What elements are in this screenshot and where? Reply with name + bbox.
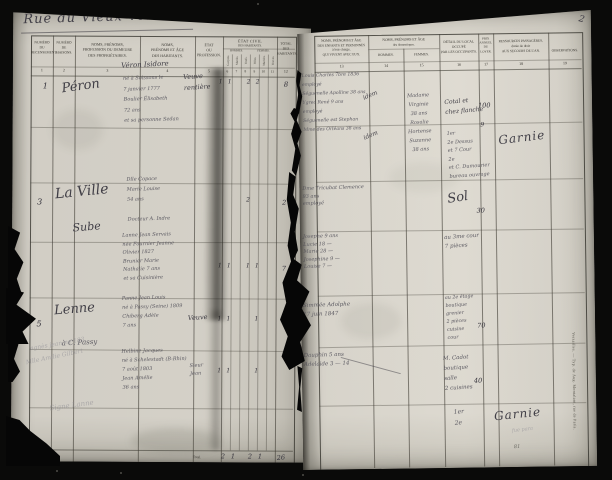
page-number: 2 <box>578 14 586 25</box>
col-header-proprietaires: NOMS, PRÉNOMS, PROFESSION OU DEMEURE DES… <box>75 43 140 60</box>
right-register-page: 2 NOMS, PRÉNOMS ET ÂGE DES ENFANTS ET PE… <box>297 10 597 470</box>
civil-digit: 2 <box>247 78 251 85</box>
servant-femmes-entry: Madame Virginie 38 ans Rosalie Hortense … <box>399 91 440 156</box>
local-detail-entry: au 3me cour 7 pièces <box>444 231 491 252</box>
civil-digit: 1 <box>255 262 259 269</box>
local-detail-entry: au 2e étage boutique grenier 2 pièces cu… <box>445 292 490 343</box>
local-detail-entry: M. Cadot boutique salle 2 cuisines <box>443 351 492 394</box>
col-header-etat-profession: ÉTAT OU PROFESSION. <box>195 43 223 59</box>
proprietor-name: Sube <box>72 219 101 234</box>
subcol-label-maries: Mariés. <box>235 52 239 68</box>
footer-grand-total: 26 <box>276 453 285 462</box>
col-number: 14 <box>369 63 404 68</box>
col-number: 13 <box>316 63 368 69</box>
dust-speck <box>120 472 122 474</box>
col-number: 16 <box>440 62 479 68</box>
dust-speck <box>302 474 304 476</box>
col-number: 19 <box>549 60 582 65</box>
local-detail-entry: 1er 2e <box>453 404 485 428</box>
subcol-label-mariees: Mariées. <box>262 53 266 69</box>
dust-speck <box>56 470 58 472</box>
col-number: 8 <box>241 69 250 73</box>
paper-smudge <box>52 109 102 149</box>
inhabitant-entry: Panne Jean Louis né à Passy (Seine) 1809… <box>122 293 195 331</box>
footer-digit: 1 <box>258 453 262 461</box>
col-header-habitants: NOMS, PRÉNOMS ET ÂGE DES HABITANTS. <box>140 43 195 60</box>
house-number: 1 <box>43 81 48 90</box>
total-digit: 2 <box>282 199 286 207</box>
total-digit: 7 <box>282 265 286 273</box>
col-number: 18 <box>494 61 549 67</box>
house-number: 3 <box>37 197 42 206</box>
col-header-observations: OBSERVATIONS. <box>548 48 581 52</box>
footer-digit: 1 <box>231 452 235 460</box>
page-crease-shadow <box>204 68 229 320</box>
col-number: 15 <box>404 62 440 68</box>
col-header-prix-loyer: PRIX ANNUEL DU LOYER. <box>478 36 493 53</box>
footer-digit: 2 <box>248 452 252 460</box>
civil-digit: 2 <box>246 196 250 203</box>
col-header-total: TOTAL DES HABITANTS. <box>277 42 295 56</box>
rent-price: 100 <box>478 101 491 109</box>
col-header-detail-local: DÉTAIL DU LOCAL OCCUPÉ PAR LES OCCUPANTS… <box>439 40 478 56</box>
subcol-label-veufs: Veufs. <box>244 52 248 68</box>
col-header-numero-maisons: NUMÉRO DE MAISONS. <box>53 40 75 55</box>
subcol-label-veuves: Veuves. <box>271 53 275 69</box>
civil-digit: 1 <box>226 367 230 374</box>
rent-price: 40 <box>474 377 482 385</box>
subcol-label-filles: Filles. <box>253 52 257 68</box>
etat-entry: Sieur Jean <box>189 361 204 378</box>
inhabitant-entry: Helbine Jacques né à Schelestadt (B-Rhin… <box>121 346 194 393</box>
inhabitant-entry: Lanne Jean Servais née Fournier Jeanne O… <box>122 230 195 283</box>
col-header-enfants: NOMS, PRÉNOMS ET ÂGE DES ENFANTS ET PERS… <box>315 38 367 57</box>
scanned-register-photo: Rue du Vieux Versailles NUMÉRO DU RECENS… <box>0 0 612 480</box>
civil-digit: 2 <box>256 78 260 85</box>
street-title: Rue du Vieux Versailles <box>23 7 201 27</box>
subcol-label-garcons: Garçons. <box>226 52 230 68</box>
footer-total-label: Total. <box>193 455 201 459</box>
col-number: 7 <box>232 69 241 73</box>
subcol-hommes: HOMMES. <box>368 53 403 57</box>
page-crease-shadow <box>207 310 224 450</box>
paper-smudge <box>131 428 221 454</box>
rent-price: 30 <box>477 206 485 214</box>
col-number: 10 <box>259 70 268 74</box>
col-number: 2 <box>53 67 75 72</box>
footer-digit: 2 <box>221 452 225 460</box>
civil-digit: 1 <box>255 315 259 322</box>
col-number: 12 <box>277 69 295 74</box>
col-number: 1 <box>31 67 53 72</box>
subcol-femmes: FEMMES. <box>403 52 439 57</box>
civil-digit: 1 <box>246 262 250 269</box>
col-header-etat-civil-subtitle: DES HABITANTS. <box>223 43 277 47</box>
col-number: 9 <box>250 69 259 73</box>
col-header-ressources: RESSOURCES PASSAGÈRES, durée de droit AU… <box>493 39 548 55</box>
street-title-underline <box>21 29 193 34</box>
observation-mark: 81 <box>514 444 520 450</box>
inhabitant-entry: Dlle Copace Marie Louise 54 ans Docteur … <box>126 173 195 225</box>
rent-price: 70 <box>477 321 485 329</box>
left-register-page: Rue du Vieux Versailles NUMÉRO DU RECENS… <box>11 9 311 463</box>
col-header-numero-recensement: NUMÉRO DU RECENSEMENT. <box>31 40 53 55</box>
col-number: 17 <box>479 61 494 66</box>
civil-digit: 1 <box>254 367 258 374</box>
total-digit: 8 <box>284 81 289 89</box>
local-detail-entry: Sol <box>446 189 469 207</box>
dust-speck <box>257 3 259 5</box>
col-number: 11 <box>268 70 277 74</box>
house-number: 5 <box>37 319 42 328</box>
